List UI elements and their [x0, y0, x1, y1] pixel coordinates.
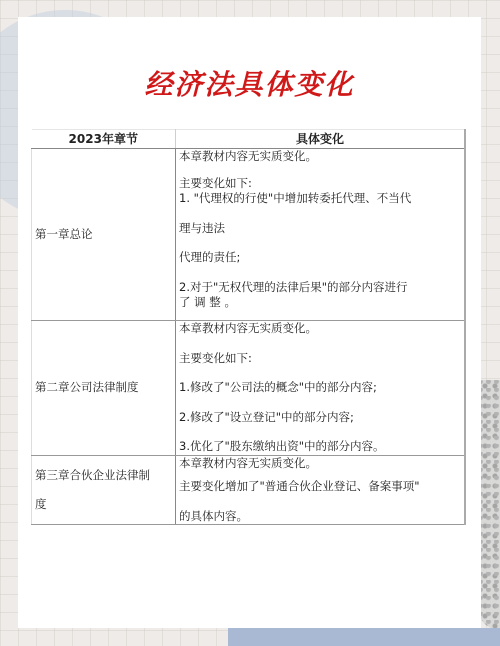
- document-title: 经济法具体变化: [18, 63, 481, 103]
- change-line: 1.修改了"公司法的概念"中的部分内容;: [179, 380, 460, 396]
- table-row: 第二章公司法律制度 本章教材内容无实质变化。 主要变化如下: 1.修改了"公司法…: [32, 321, 466, 456]
- change-line: 的具体内容。: [179, 509, 460, 525]
- change-line: 3.优化了"股东缴纳出资"中的部分内容。: [179, 439, 460, 455]
- document-card: 经济法具体变化 2023年章节 具体变化 第一章总论 本章教材内容无实质变化。 …: [18, 17, 481, 628]
- change-line: 理与违法: [179, 221, 460, 237]
- change-cell: 本章教材内容无实质变化。 主要变化如下: 1.修改了"公司法的概念"中的部分内容…: [176, 321, 466, 456]
- table-row: 第一章总论 本章教材内容无实质变化。 主要变化如下: 1. "代理权的行使"中增…: [32, 149, 466, 321]
- table-row: 第三章合伙企业法律制 度 本章教材内容无实质变化。 主要变化增加了"普通合伙企业…: [32, 455, 466, 525]
- change-line: 本章教材内容无实质变化。: [179, 149, 460, 165]
- change-line: 主要变化如下:: [179, 351, 460, 367]
- change-line: 了 调 整 。: [179, 295, 460, 311]
- change-line: 代理的责任;: [179, 250, 460, 266]
- change-line: 本章教材内容无实质变化。: [179, 321, 460, 337]
- change-line: 主要变化如下:: [179, 176, 460, 192]
- change-cell: 本章教材内容无实质变化。 主要变化如下: 1. "代理权的行使"中增加转委托代理…: [176, 149, 466, 321]
- background-blue-strip: [228, 628, 500, 646]
- table-header-row: 2023年章节 具体变化: [32, 130, 466, 149]
- change-line: 本章教材内容无实质变化。: [179, 456, 460, 472]
- change-cell: 本章教材内容无实质变化。 主要变化增加了"普通合伙企业登记、备案事项" 的具体内…: [176, 455, 466, 525]
- change-line: 1. "代理权的行使"中增加转委托代理、不当代: [179, 191, 460, 207]
- change-line: 2.修改了"设立登记"中的部分内容;: [179, 410, 460, 426]
- change-line: 2.对于"无权代理的法律后果"的部分内容进行: [179, 280, 460, 296]
- chapter-cell: 第二章公司法律制度: [32, 321, 176, 456]
- chapter-cell: 第一章总论: [32, 149, 176, 321]
- chapter-line: 第三章合伙企业法律制: [35, 468, 171, 484]
- change-line: 主要变化增加了"普通合伙企业登记、备案事项": [179, 479, 460, 495]
- chapter-line: 度: [35, 497, 171, 513]
- header-chapter: 2023年章节: [32, 130, 176, 149]
- header-change: 具体变化: [176, 130, 466, 149]
- background-lace-decoration: [478, 380, 500, 630]
- changes-table: 2023年章节 具体变化 第一章总论 本章教材内容无实质变化。 主要变化如下: …: [31, 129, 466, 525]
- chapter-cell: 第三章合伙企业法律制 度: [32, 455, 176, 525]
